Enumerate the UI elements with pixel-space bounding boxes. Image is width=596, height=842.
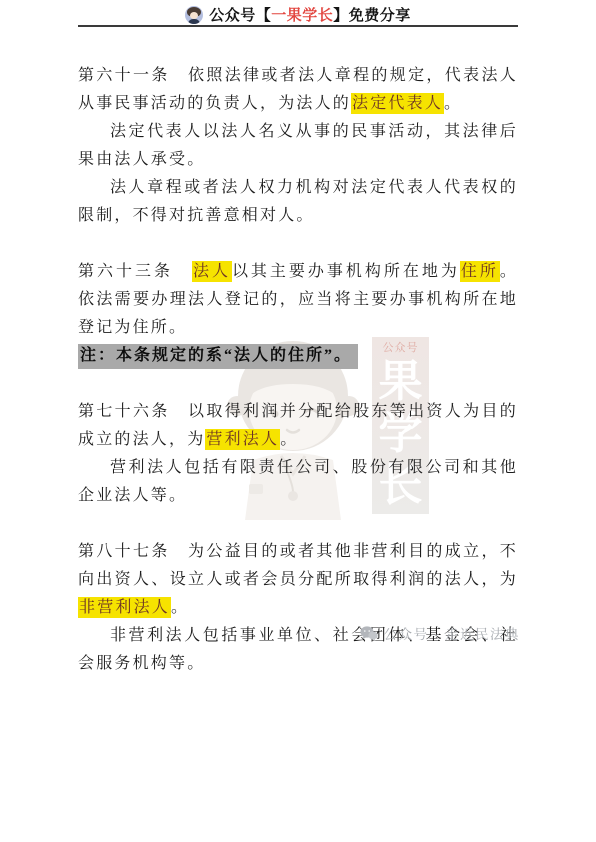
article-61: 第六十一条 依照法律或者法人章程的规定，代表法人从事民事活动的负责人，为法人的法… — [78, 62, 518, 230]
article-76: 第七十六条 以取得利润并分配给股东等出资人为目的成立的法人，为营利法人。 营利法… — [78, 398, 518, 510]
term-highlight: 营利法人 — [205, 429, 280, 450]
term-highlight: 住所 — [460, 261, 500, 282]
paragraph: 法定代表人以法人名义从事的民事活动，其法律后果由法人承受。 — [78, 118, 518, 174]
paragraph: 第八十七条 为公益目的或者其他非营利目的成立，不向出资人、设立人或者会员分配所取… — [78, 538, 518, 622]
header-title-suffix: 】免费分享 — [333, 7, 411, 24]
paragraph: 第六十三条 法人以其主要办事机构所在地为住所。依法需要办理法人登记的，应当将主要… — [78, 258, 518, 342]
term-highlight: 法定代表人 — [351, 93, 444, 114]
text-run: 。 — [444, 95, 462, 112]
document-body: 第六十一条 依照法律或者法人章程的规定，代表法人从事民事活动的负责人，为法人的法… — [78, 62, 518, 678]
paragraph: 营利法人包括有限责任公司、股份有限公司和其他企业法人等。 — [78, 454, 518, 510]
text-run: 法人章程或者法人权力机构对法定代表人代表权的限制，不得对抗善意相对人。 — [78, 179, 518, 224]
header-divider — [78, 25, 518, 27]
paragraph: 第六十一条 依照法律或者法人章程的规定，代表法人从事民事活动的负责人，为法人的法… — [78, 62, 518, 118]
text-run: 以其主要办事机构所在地为 — [232, 263, 460, 280]
text-run: 第六十三条 — [78, 263, 192, 280]
header: 公众号【一果学长】免费分享 — [0, 4, 596, 25]
cartoon-boy-avatar-icon — [185, 6, 203, 24]
header-title: 公众号【一果学长】免费分享 — [209, 4, 411, 25]
term-highlight: 法人 — [192, 261, 232, 282]
text-run: 。 — [171, 599, 189, 616]
wechat-icon — [360, 626, 378, 641]
term-highlight: 非营利法人 — [78, 597, 171, 618]
text-run: 第八十七条 为公益目的或者其他非营利目的成立，不向出资人、设立人或者会员分配所取… — [78, 543, 518, 588]
article-87: 第八十七条 为公益目的或者其他非营利目的成立，不向出资人、设立人或者会员分配所取… — [78, 538, 518, 678]
avatar-face — [190, 12, 198, 19]
footer-credit: 公众号 · 走近民法典 — [360, 623, 521, 643]
credit-text: 公众号 · 走近民法典 — [384, 623, 521, 643]
header-title-prefix: 公众号【 — [209, 7, 271, 24]
text-run: 法定代表人以法人名义从事的民事活动，其法律后果由法人承受。 — [78, 123, 518, 168]
article-63: 第六十三条 法人以其主要办事机构所在地为住所。依法需要办理法人登记的，应当将主要… — [78, 258, 518, 370]
document-page: 公众号【一果学长】免费分享 公众号 果 学 长 第六十一条 依照法律或者法人 — [0, 0, 596, 842]
paragraph: 第七十六条 以取得利润并分配给股东等出资人为目的成立的法人，为营利法人。 — [78, 398, 518, 454]
avatar-torso — [188, 19, 200, 24]
text-run: 。 — [280, 431, 298, 448]
paragraph: 法人章程或者法人权力机构对法定代表人代表权的限制，不得对抗善意相对人。 — [78, 174, 518, 230]
note-box: 注：本条规定的系“法人的住所”。 — [78, 344, 358, 369]
text-run: 营利法人包括有限责任公司、股份有限公司和其他企业法人等。 — [78, 459, 518, 504]
brand-name: 一果学长 — [271, 7, 333, 24]
paragraph: 注：本条规定的系“法人的住所”。 — [78, 342, 518, 370]
